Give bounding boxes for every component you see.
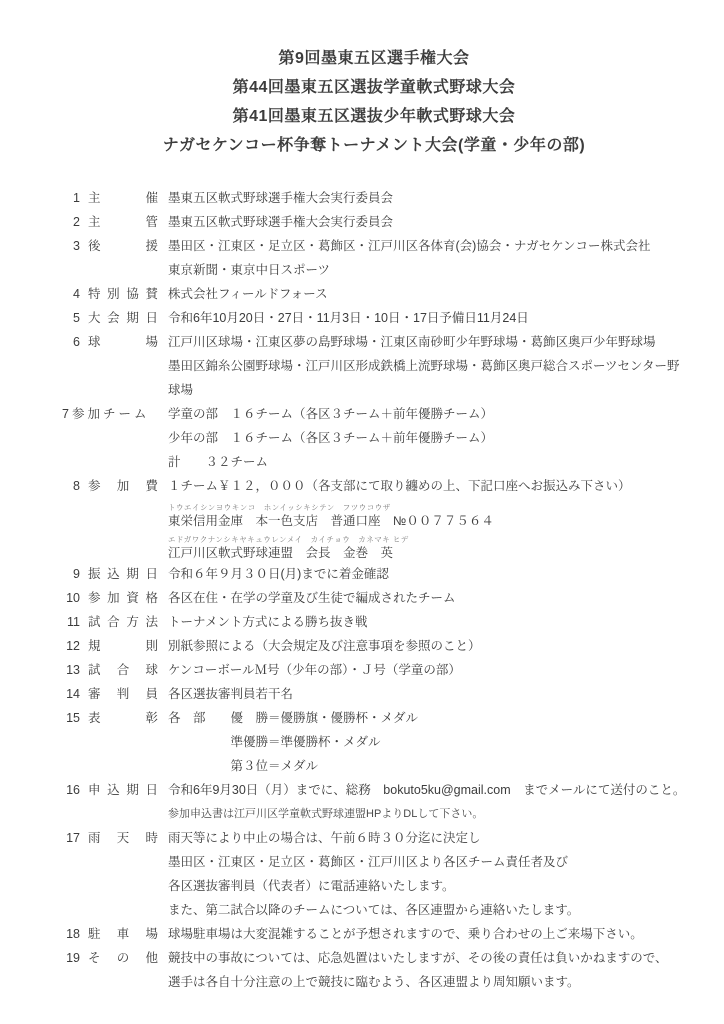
item-content: 各区選抜審判員若干名 [168, 682, 686, 706]
item-number: 11 [62, 610, 80, 634]
item-row-7: 7参加チーム 学童の部 １６チーム（各区３チーム＋前年優勝チーム） 少年の部 １… [62, 402, 686, 474]
item-number: 2 [62, 210, 80, 234]
item-label: 表 彰 [88, 706, 158, 730]
item-text: 墨東五区軟式野球選手権大会実行委員会 [168, 210, 686, 234]
item-label: 後 援 [88, 234, 158, 258]
item-text: １チーム￥１２，０００（各支部にて取り纏めの上、下記口座へお振込み下さい） [168, 474, 686, 498]
item-label: 特 別 協 賛 [88, 282, 158, 306]
item-label: そ の 他 [88, 946, 158, 970]
item-text: 別紙参照による（大会規定及び注意事項を参照のこと） [168, 634, 686, 658]
item-note-text: 参加申込書は江戸川区学童軟式野球連盟HPよりDLして下さい。 [168, 802, 686, 826]
item-number: 5 [62, 306, 80, 330]
item-label: 審 判 員 [88, 682, 158, 706]
item-number: 19 [62, 946, 80, 970]
item-row-5: 5 大 会 期 日 令和6年10月20日・27日・11月3日・10日・17日予備… [62, 306, 686, 330]
item-number: 4 [62, 282, 80, 306]
item-row-9: 9 振 込 期 日 令和６年９月３０日(月)までに着金確認 [62, 562, 686, 586]
item-number: 6 [62, 330, 80, 354]
item-text: 各区在住・在学の学童及び生徒で編成されたチーム [168, 586, 686, 610]
item-text-with-email: 令和6年9月30日（月）までに、総務 bokuto5ku@gmail.com ま… [168, 778, 686, 802]
item-content: 墨東五区軟式野球選手権大会実行委員会 [168, 186, 686, 210]
item-label: 参 加 資 格 [88, 586, 158, 610]
item-text: 雨天等により中止の場合は、午前６時３０分迄に決定し [168, 826, 686, 850]
item-row-3: 3 後 援 墨田区・江東区・足立区・葛飾区・江戸川区各体育(会)協会・ナガセケン… [62, 234, 686, 282]
item-content: 競技中の事故については、応急処置はいたしますが、その後の責任は負いかねますので、… [168, 946, 686, 994]
league-furigana: エドガワクナンシキヤキュウレンメイ カイチョウ カネマキ ヒデ [168, 535, 686, 545]
item-row-11: 11 試 合 方 法 トーナメント方式による勝ち抜き戦 [62, 610, 686, 634]
item-label: 試 合 球 [88, 658, 158, 682]
item-row-4: 4 特 別 協 賛 株式会社フィールドフォース [62, 282, 686, 306]
item-content: １チーム￥１２，０００（各支部にて取り纏めの上、下記口座へお振込み下さい） トウ… [168, 474, 686, 562]
item-text: 墨田区錦糸公園野球場・江戸川区形成鉄橋上流野球場・葛飾区奥戸総合スポーツセンター… [168, 354, 686, 402]
item-text: 各区選抜審判員（代表者）に電話連絡いたします。 [168, 874, 686, 898]
item-number: 1 [62, 186, 80, 210]
item-row-17: 17 雨 天 時 雨天等により中止の場合は、午前６時３０分迄に決定し 墨田区・江… [62, 826, 686, 922]
title-line-1: 第9回墨東五区選手権大会 [62, 44, 686, 73]
item-row-2: 2 主 管 墨東五区軟式野球選手権大会実行委員会 [62, 210, 686, 234]
item-label: 規 則 [88, 634, 158, 658]
item-content: 墨東五区軟式野球選手権大会実行委員会 [168, 210, 686, 234]
item-text: 株式会社フィールドフォース [168, 282, 686, 306]
item-number: 8 [62, 474, 80, 498]
item-row-13: 13 試 合 球 ケンコーボールＭ号（少年の部）・Ｊ号（学童の部） [62, 658, 686, 682]
item-content: 学童の部 １６チーム（各区３チーム＋前年優勝チーム） 少年の部 １６チーム（各区… [168, 402, 686, 474]
item-content: ケンコーボールＭ号（少年の部）・Ｊ号（学童の部） [168, 658, 686, 682]
item-text: 江戸川区球場・江東区夢の島野球場・江東区南砂町少年野球場・葛飾区奥戸少年野球場 [168, 330, 686, 354]
item-label: 主 催 [88, 186, 158, 210]
item-text: ケンコーボールＭ号（少年の部）・Ｊ号（学童の部） [168, 658, 686, 682]
item-number: 3 [62, 234, 80, 258]
item-row-6: 6 球 場 江戸川区球場・江東区夢の島野球場・江東区南砂町少年野球場・葛飾区奥戸… [62, 330, 686, 402]
item-content: 株式会社フィールドフォース [168, 282, 686, 306]
item-content: 江戸川区球場・江東区夢の島野球場・江東区南砂町少年野球場・葛飾区奥戸少年野球場 … [168, 330, 686, 402]
item-label: 駐 車 場 [88, 922, 158, 946]
item-text: また、第二試合以降のチームについては、各区連盟から連絡いたします。 [168, 898, 686, 922]
item-row-8: 8 参 加 費 １チーム￥１２，０００（各支部にて取り纏めの上、下記口座へお振込… [62, 474, 686, 562]
item-number: 9 [62, 562, 80, 586]
item-number: 17 [62, 826, 80, 850]
item-content: 各 部 優 勝＝優勝旗・優勝杯・メダル 準優勝＝準優勝杯・メダル 第３位＝メダル [168, 706, 686, 778]
item-number-label: 7参加チーム [62, 402, 158, 426]
item-label: 主 管 [88, 210, 158, 234]
title-line-3: 第41回墨東五区選抜少年軟式野球大会 [62, 102, 686, 131]
title-line-2: 第44回墨東五区選抜学童軟式野球大会 [62, 73, 686, 102]
item-label: 雨 天 時 [88, 826, 158, 850]
item-number: 16 [62, 778, 80, 802]
item-text: 計 ３２チーム [168, 450, 686, 474]
item-text: 第３位＝メダル [168, 754, 686, 778]
item-label: 参 加 費 [88, 474, 158, 498]
item-number: 15 [62, 706, 80, 730]
bank-account-text: 東栄信用金庫 本一色支店 普通口座 №００７７５６４ [168, 513, 686, 530]
item-row-15: 15 表 彰 各 部 優 勝＝優勝旗・優勝杯・メダル 準優勝＝準優勝杯・メダル … [62, 706, 686, 778]
item-label: 球 場 [88, 330, 158, 354]
item-row-18: 18 駐 車 場 球場駐車場は大変混雑することが予想されますので、乗り合わせの上… [62, 922, 686, 946]
item-label: 申 込 期 日 [88, 778, 158, 802]
item-row-10: 10 参 加 資 格 各区在住・在学の学童及び生徒で編成されたチーム [62, 586, 686, 610]
item-text: 球場駐車場は大変混雑することが予想されますので、乗り合わせの上ご来場下さい。 [168, 922, 686, 946]
item-number: 14 [62, 682, 80, 706]
item-label: 振 込 期 日 [88, 562, 158, 586]
item-text: 墨東五区軟式野球選手権大会実行委員会 [168, 186, 686, 210]
item-row-1: 1 主 催 墨東五区軟式野球選手権大会実行委員会 [62, 186, 686, 210]
title-line-4: ナガセケンコー杯争奪トーナメント大会(学童・少年の部) [62, 131, 686, 160]
item-content: 雨天等により中止の場合は、午前６時３０分迄に決定し 墨田区・江東区・足立区・葛飾… [168, 826, 686, 922]
league-chairman-text: 江戸川区軟式野球連盟 会長 金巻 英 [168, 545, 686, 562]
item-content: 令和6年9月30日（月）までに、総務 bokuto5ku@gmail.com ま… [168, 778, 686, 826]
item-label: 試 合 方 法 [88, 610, 158, 634]
item-text: トーナメント方式による勝ち抜き戦 [168, 610, 686, 634]
document-title-block: 第9回墨東五区選手権大会 第44回墨東五区選抜学童軟式野球大会 第41回墨東五区… [62, 44, 686, 160]
item-row-14: 14 審 判 員 各区選抜審判員若干名 [62, 682, 686, 706]
item-content: 別紙参照による（大会規定及び注意事項を参照のこと） [168, 634, 686, 658]
item-text: 令和６年９月３０日(月)までに着金確認 [168, 562, 686, 586]
item-text: 少年の部 １６チーム（各区３チーム＋前年優勝チーム） [168, 426, 686, 450]
bank-furigana: トウエイシンヨウキンコ ホンイッシキシテン フツウコウザ [168, 503, 686, 513]
item-number: 12 [62, 634, 80, 658]
item-number: 13 [62, 658, 80, 682]
item-text: 東京新聞・東京中日スポーツ [168, 258, 686, 282]
item-content: トーナメント方式による勝ち抜き戦 [168, 610, 686, 634]
item-text: 墨田区・江東区・足立区・葛飾区・江戸川区より各区チーム責任者及び [168, 850, 686, 874]
item-content: 墨田区・江東区・足立区・葛飾区・江戸川区各体育(会)協会・ナガセケンコー株式会社… [168, 234, 686, 282]
item-text: 各 部 優 勝＝優勝旗・優勝杯・メダル [168, 706, 686, 730]
item-text: 学童の部 １６チーム（各区３チーム＋前年優勝チーム） [168, 402, 686, 426]
item-text: 墨田区・江東区・足立区・葛飾区・江戸川区各体育(会)協会・ナガセケンコー株式会社 [168, 234, 686, 258]
item-content: 球場駐車場は大変混雑することが予想されますので、乗り合わせの上ご来場下さい。 [168, 922, 686, 946]
item-number: 10 [62, 586, 80, 610]
item-label: 大 会 期 日 [88, 306, 158, 330]
item-row-16: 16 申 込 期 日 令和6年9月30日（月）までに、総務 bokuto5ku@… [62, 778, 686, 826]
item-row-12: 12 規 則 別紙参照による（大会規定及び注意事項を参照のこと） [62, 634, 686, 658]
document-page: 第9回墨東五区選手権大会 第44回墨東五区選抜学童軟式野球大会 第41回墨東五区… [0, 0, 724, 1024]
item-text: 競技中の事故については、応急処置はいたしますが、その後の責任は負いかねますので、 [168, 946, 686, 970]
item-content: 各区在住・在学の学童及び生徒で編成されたチーム [168, 586, 686, 610]
item-text: 準優勝＝準優勝杯・メダル [168, 730, 686, 754]
item-number: 18 [62, 922, 80, 946]
item-content: 令和６年９月３０日(月)までに着金確認 [168, 562, 686, 586]
item-text: 令和6年10月20日・27日・11月3日・10日・17日予備日11月24日 [168, 306, 686, 330]
item-content: 令和6年10月20日・27日・11月3日・10日・17日予備日11月24日 [168, 306, 686, 330]
item-text: 各区選抜審判員若干名 [168, 682, 686, 706]
item-row-19: 19 そ の 他 競技中の事故については、応急処置はいたしますが、その後の責任は… [62, 946, 686, 994]
item-text: 選手は各自十分注意の上で競技に臨むよう、各区連盟より周知願います。 [168, 970, 686, 994]
